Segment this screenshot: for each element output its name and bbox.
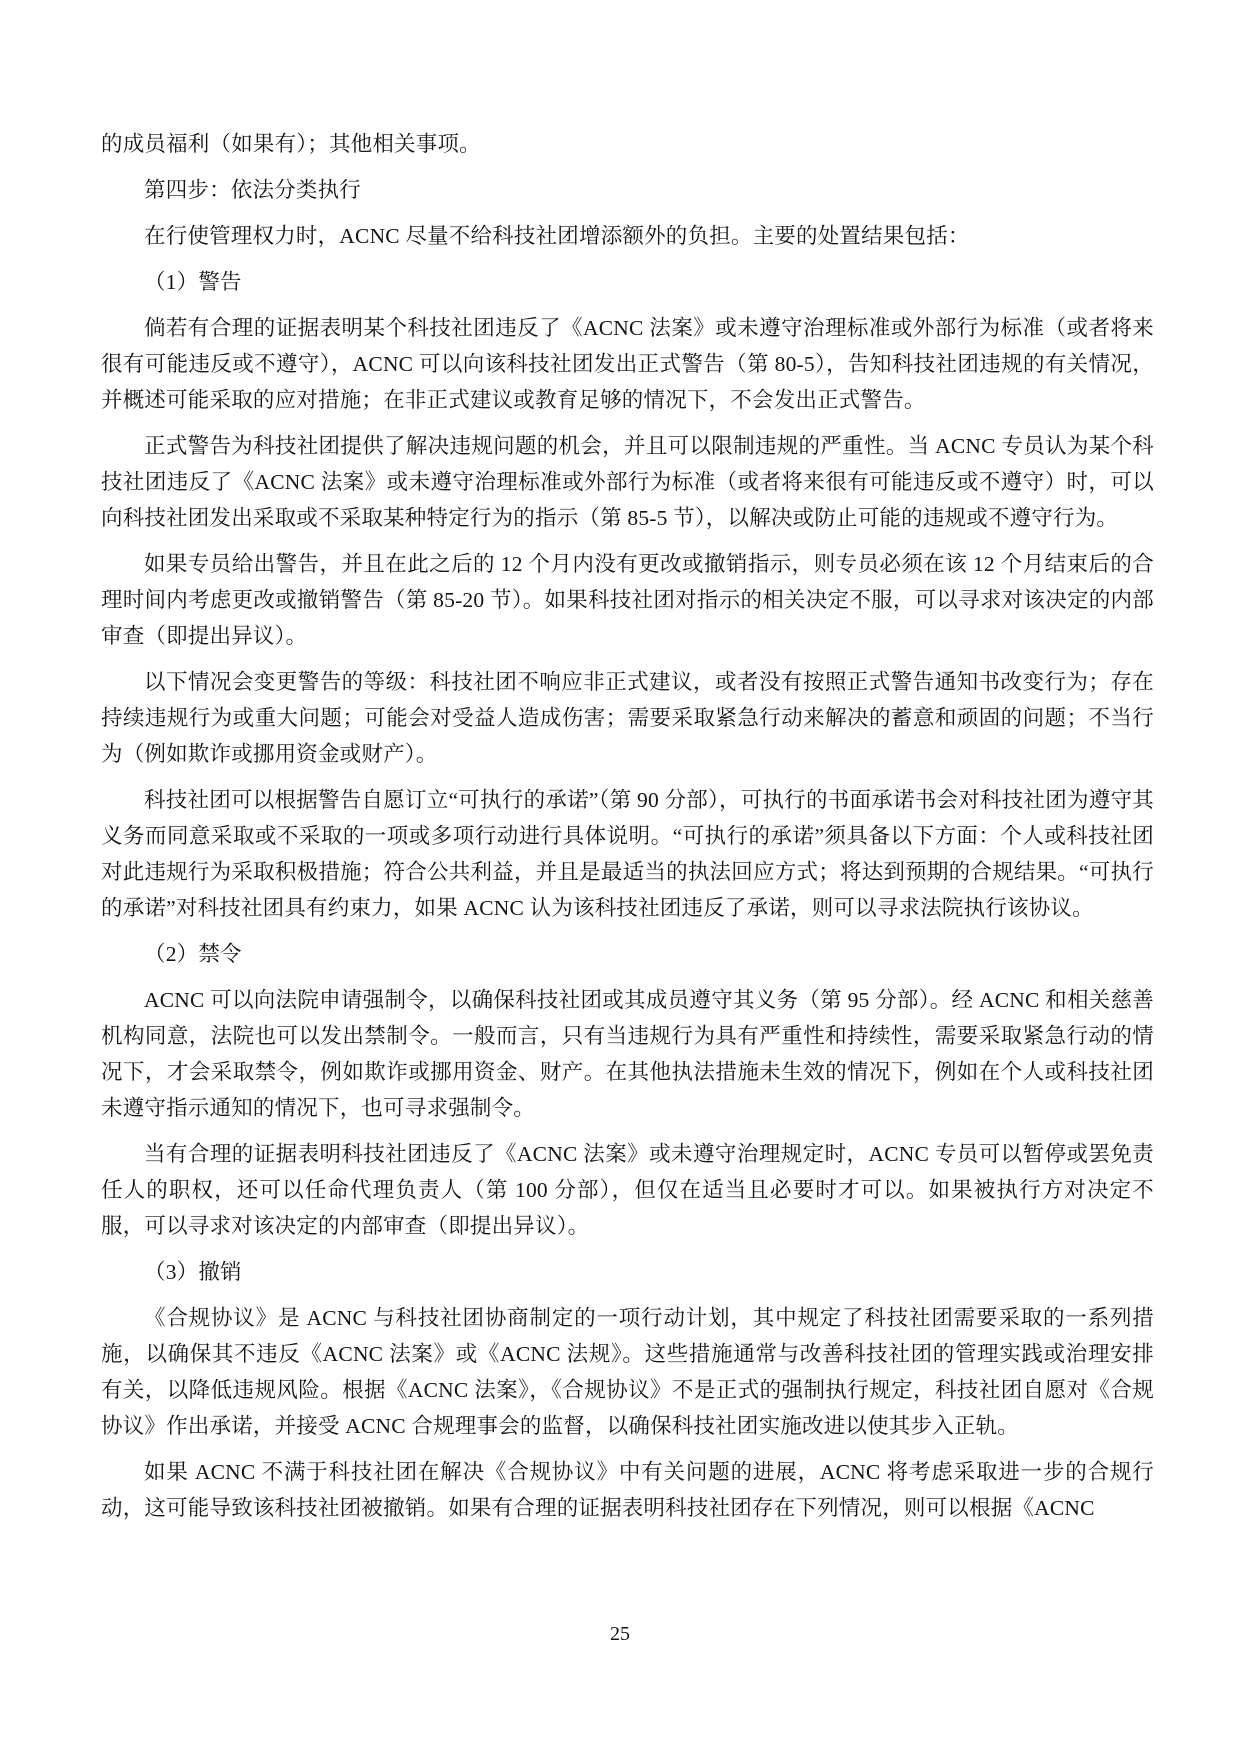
paragraph: 在行使管理权力时，ACNC 尽量不给科技社团增添额外的负担。主要的处置结果包括：	[101, 218, 1154, 254]
paragraph: 如果 ACNC 不满于科技社团在解决《合规协议》中有关问题的进展，ACNC 将考…	[101, 1454, 1154, 1526]
paragraph: 以下情况会变更警告的等级：科技社团不响应非正式建议，或者没有按照正式警告通知书改…	[101, 664, 1154, 772]
paragraph-continuation: 的成员福利（如果有）；其他相关事项。	[101, 126, 1154, 162]
paragraph: 当有合理的证据表明科技社团违反了《ACNC 法案》或未遵守治理规定时，ACNC …	[101, 1136, 1154, 1244]
step-heading: 第四步：依法分类执行	[101, 172, 1154, 208]
item-heading-warning: （1）警告	[101, 264, 1154, 300]
document-body: 的成员福利（如果有）；其他相关事项。 第四步：依法分类执行 在行使管理权力时，A…	[101, 126, 1154, 1536]
paragraph: 如果专员给出警告，并且在此之后的 12 个月内没有更改或撤销指示，则专员必须在该…	[101, 546, 1154, 654]
paragraph: 倘若有合理的证据表明某个科技社团违反了《ACNC 法案》或未遵守治理标准或外部行…	[101, 310, 1154, 418]
paragraph: 《合规协议》是 ACNC 与科技社团协商制定的一项行动计划，其中规定了科技社团需…	[101, 1300, 1154, 1444]
paragraph: ACNC 可以向法院申请强制令，以确保科技社团或其成员遵守其义务（第 95 分部…	[101, 982, 1154, 1126]
item-heading-revocation: （3）撤销	[101, 1254, 1154, 1290]
paragraph: 正式警告为科技社团提供了解决违规问题的机会，并且可以限制违规的严重性。当 ACN…	[101, 428, 1154, 536]
document-page: 的成员福利（如果有）；其他相关事项。 第四步：依法分类执行 在行使管理权力时，A…	[0, 0, 1240, 1753]
item-heading-injunction: （2）禁令	[101, 936, 1154, 972]
page-number: 25	[0, 1620, 1240, 1648]
paragraph: 科技社团可以根据警告自愿订立“可执行的承诺”（第 90 分部），可执行的书面承诺…	[101, 782, 1154, 926]
